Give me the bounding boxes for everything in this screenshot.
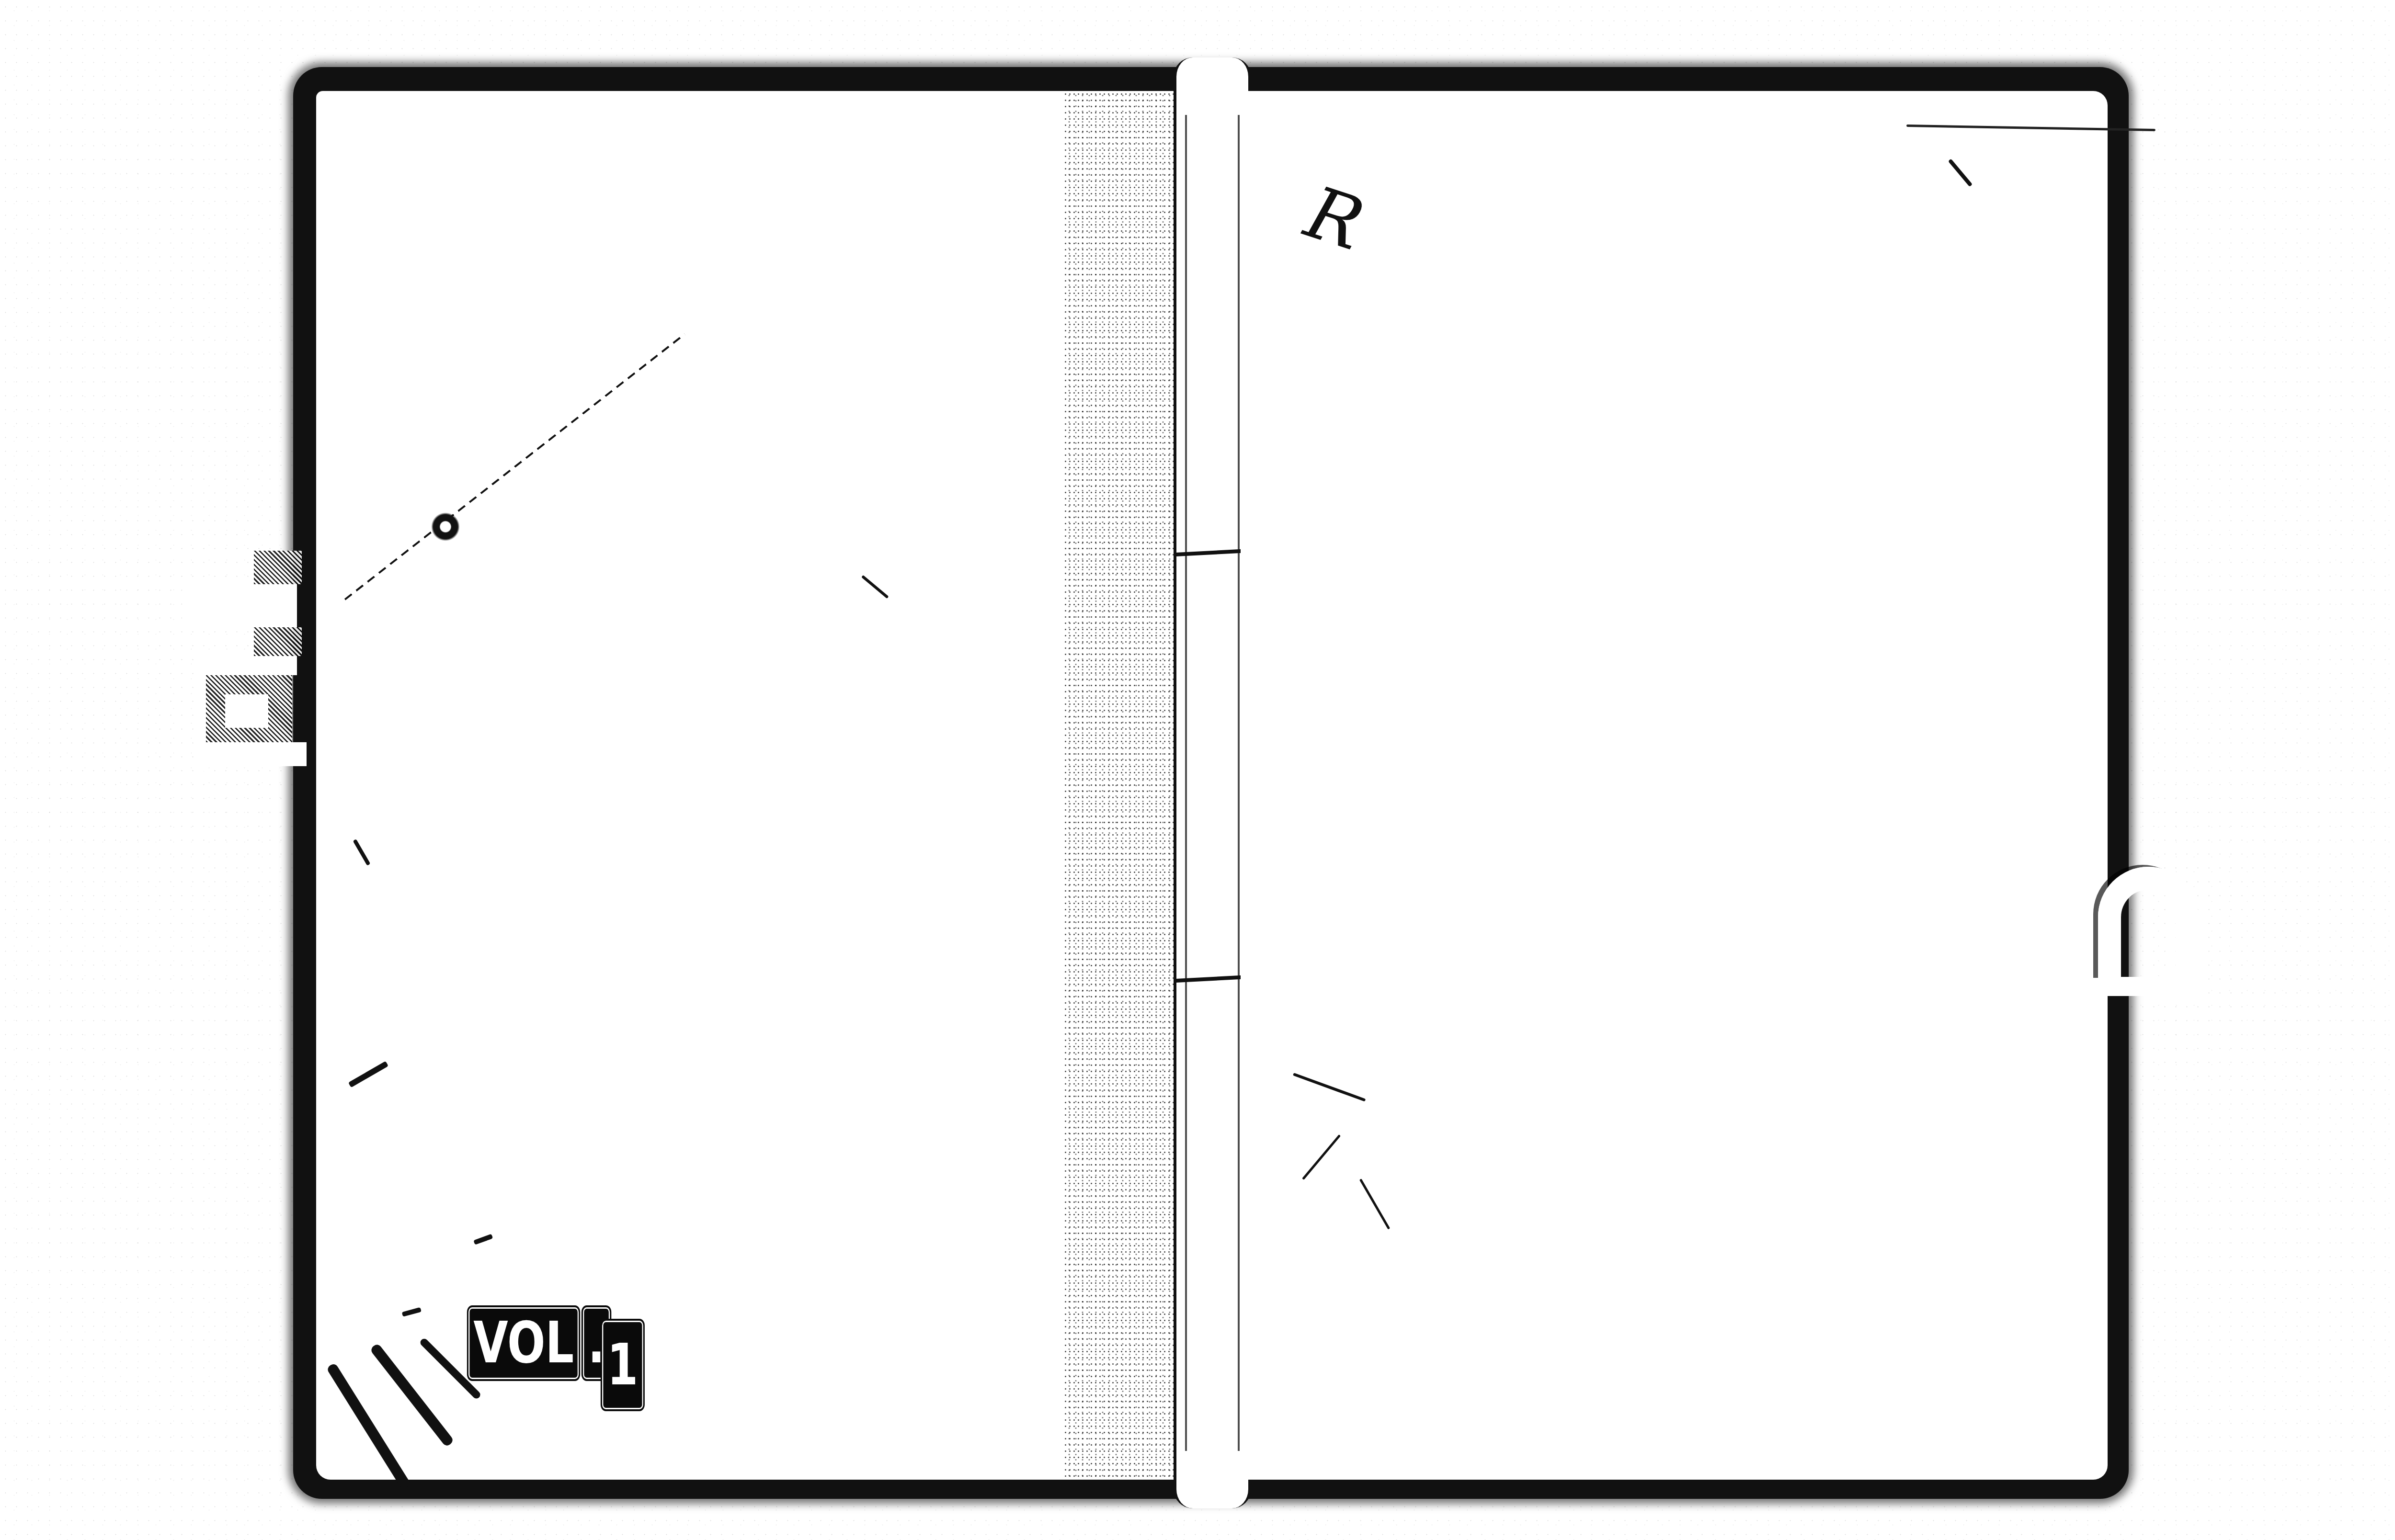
scratch: [1359, 1178, 1390, 1229]
book-scan: R VOL . 1: [0, 0, 2395, 1540]
scratch: [861, 575, 889, 599]
scratch: [348, 1061, 388, 1087]
crease-line: [344, 333, 685, 600]
scratch: [1948, 159, 1973, 187]
spine-ridge: [1185, 115, 1187, 1451]
scratch: [473, 1234, 493, 1245]
hinge-gutter: [1063, 91, 1174, 1480]
front-cover: [1241, 91, 2108, 1480]
volume-label: VOL . 1: [468, 1307, 654, 1409]
scratch: [1293, 1073, 1366, 1101]
stain-spot: [431, 512, 460, 541]
spine-ridge: [1238, 115, 1240, 1451]
scratch: [1302, 1134, 1341, 1180]
volume-label-number: 1: [602, 1321, 643, 1409]
volume-label-text: VOL: [468, 1307, 579, 1379]
spine: [1174, 57, 1251, 1508]
clasp-strap-icon: [182, 551, 345, 819]
back-cover: [316, 91, 1063, 1480]
clasp-catch-icon: [2093, 833, 2232, 996]
scratch: [353, 839, 371, 866]
scratch: [402, 1307, 422, 1317]
